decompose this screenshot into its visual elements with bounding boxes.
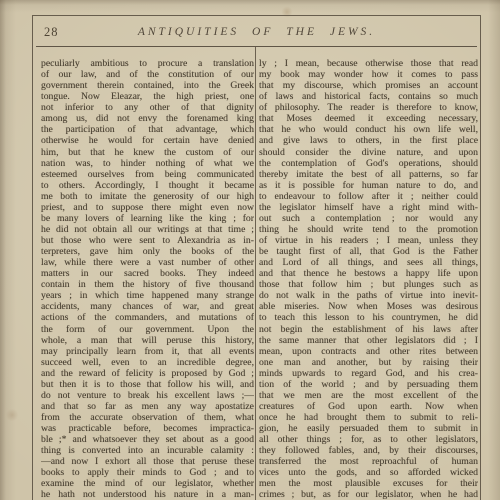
running-head-title: ANTIQUITIES OF THE JEWS. xyxy=(33,26,480,38)
text-line: crimes ; but, as for our legislator, whe… xyxy=(259,489,478,500)
text-line: one man and another, but by raising thei… xyxy=(259,357,478,368)
text-line: thing he should write tend to the promot… xyxy=(259,224,478,235)
text-line: and that so far as men any way apostatiz… xyxy=(41,401,254,412)
text-line: should consider the divine nature, and u… xyxy=(259,147,478,158)
text-line: creatures of God upon earth. Now when xyxy=(259,401,478,412)
text-line: my book may wonder how it comes to pass xyxy=(259,69,478,80)
right-text-column: ly ; I mean, because otherwise those tha… xyxy=(259,58,478,500)
text-line: that my discourse, which promises an acc… xyxy=(259,80,478,91)
text-line: mean, upon contracts and other rites bet… xyxy=(259,346,478,357)
text-line: matters in our sacred books. They indeed xyxy=(41,268,254,279)
text-line: able miseries. Now when Moses was desiro… xyxy=(259,301,478,312)
text-line: to teach this lesson to his countrymen, … xyxy=(259,312,478,323)
text-line: of virtue in his readers ; I mean, unles… xyxy=(259,235,478,246)
text-line: among us, did not envy the forenamed kin… xyxy=(41,113,254,124)
text-line: and Lord of all things, and sees all thi… xyxy=(259,257,478,268)
text-line: the legislator himself have a right mind… xyxy=(259,202,478,213)
left-text-column: peculiarly ambitious to procure a transl… xyxy=(41,58,254,500)
text-line: accidents, many chances of war, and grea… xyxy=(41,301,254,312)
page-border: 28 ANTIQUITIES OF THE JEWS. peculiarly a… xyxy=(32,15,481,500)
text-line: years ; in which time happened many stra… xyxy=(41,290,254,301)
text-line: he did not obtain all our writings at th… xyxy=(41,224,254,235)
column-divider-rule xyxy=(255,47,256,500)
text-line: of philosophy. The reader is therefore t… xyxy=(259,102,478,113)
text-line: government therein contained, into the G… xyxy=(41,80,254,91)
text-line: not begin the establishment of his laws … xyxy=(259,324,478,335)
text-line: as it is possible for human nature to do… xyxy=(259,180,478,191)
text-line: gion, he easily persuaded them to submit… xyxy=(259,423,478,434)
text-line: tion of the world ; and by persuading th… xyxy=(259,379,478,390)
text-line: the same manner that other legislators d… xyxy=(259,335,478,346)
text-line: men the most plausible excuses for their xyxy=(259,478,478,489)
text-line: contain in them the history of five thou… xyxy=(41,279,254,290)
text-line: examine the mind of our legislator, whet… xyxy=(41,478,254,489)
text-line: but those who were sent to Alexandria as… xyxy=(41,235,254,246)
text-line: succeed well, even to an incredible degr… xyxy=(41,357,254,368)
text-line: minds upwards to regard God, and his cre… xyxy=(259,368,478,379)
text-line: books to apply their minds to God ; and … xyxy=(41,467,254,478)
text-line: he hath not understood his nature in a m… xyxy=(41,489,254,500)
text-line: but then it is to those that follow his … xyxy=(41,379,254,390)
text-line: whole, a man that will peruse this histo… xyxy=(41,335,254,346)
header-rule xyxy=(36,46,477,47)
text-line: actions of the commanders, and mutations… xyxy=(41,312,254,323)
text-line: they followed fables, and, by their disc… xyxy=(259,445,478,456)
text-line: and give laws to others, in the first pl… xyxy=(259,135,478,146)
text-line: nation was, to hinder nothing of what we xyxy=(41,158,254,169)
text-line: from the accurate observation of them, w… xyxy=(41,412,254,423)
text-line: that Moses deemed it exceeding necessary… xyxy=(259,113,478,124)
text-line: all other things ; for, as to other legi… xyxy=(259,434,478,445)
text-line: vices unto the gods, and so afforded wic… xyxy=(259,467,478,478)
text-line: esteemed ourselves from being communicat… xyxy=(41,169,254,180)
page-header: 28 ANTIQUITIES OF THE JEWS. xyxy=(33,16,480,46)
text-line: the participation of that advantage, whi… xyxy=(41,124,254,135)
text-line: him, but that he knew the custom of our xyxy=(41,147,254,158)
text-line: terpreters, gave him only the books of t… xyxy=(41,246,254,257)
text-line: do not walk in the paths of virtue into … xyxy=(259,290,478,301)
text-line: and that thence he bestows a happy life … xyxy=(259,268,478,279)
text-line: not inferior to any other of that dignit… xyxy=(41,102,254,113)
text-line: me both to imitate the generosity of our… xyxy=(41,191,254,202)
text-line: priest, and to suppose there might even … xyxy=(41,202,254,213)
text-line: out such a contemplation ; nor would any xyxy=(259,213,478,224)
text-line: tongue. Now Eleazar, the high priest, on… xyxy=(41,91,254,102)
text-line: —and now I exhort all those that peruse … xyxy=(41,456,254,467)
text-line: may principally learn from it, that all … xyxy=(41,346,254,357)
text-line: those that follow him ; but plunges such… xyxy=(259,279,478,290)
text-line: law, while there were a vast number of o… xyxy=(41,257,254,268)
text-line: the contemplation of God's operations, s… xyxy=(259,158,478,169)
text-line: ble ;* and whatsoever they set about as … xyxy=(41,434,254,445)
text-line: that he who would conduct his own life w… xyxy=(259,124,478,135)
text-line: of laws and historical facts, contains s… xyxy=(259,91,478,102)
text-line: the form of our government. Upon the xyxy=(41,324,254,335)
text-line: do not venture to break his excellent la… xyxy=(41,390,254,401)
text-line: otherwise he would for certain have deni… xyxy=(41,135,254,146)
text-line: that we men are the most excellent of th… xyxy=(259,390,478,401)
text-line: thing is converted into an incurable cal… xyxy=(41,445,254,456)
text-line: transferred the most reproachful of huma… xyxy=(259,456,478,467)
text-line: once he had brought them to submit to re… xyxy=(259,412,478,423)
text-line: to others. Accordingly, I thought it bec… xyxy=(41,180,254,191)
text-columns: peculiarly ambitious to procure a transl… xyxy=(33,56,480,500)
text-line: be many lovers of learning like the king… xyxy=(41,213,254,224)
text-line: of our law, and of the constitution of o… xyxy=(41,69,254,80)
text-line: was practicable before, becomes impracti… xyxy=(41,423,254,434)
text-line: ly ; I mean, because otherwise those tha… xyxy=(259,58,478,69)
text-line: thereby imitate the best of all patterns… xyxy=(259,169,478,180)
text-line: and the reward of felicity is proposed b… xyxy=(41,368,254,379)
text-line: to endeavour to follow after it ; neithe… xyxy=(259,191,478,202)
scanned-book-page: 28 ANTIQUITIES OF THE JEWS. peculiarly a… xyxy=(0,0,500,500)
text-line: be taught first of all, that God is the … xyxy=(259,246,478,257)
text-line: peculiarly ambitious to procure a transl… xyxy=(41,58,254,69)
